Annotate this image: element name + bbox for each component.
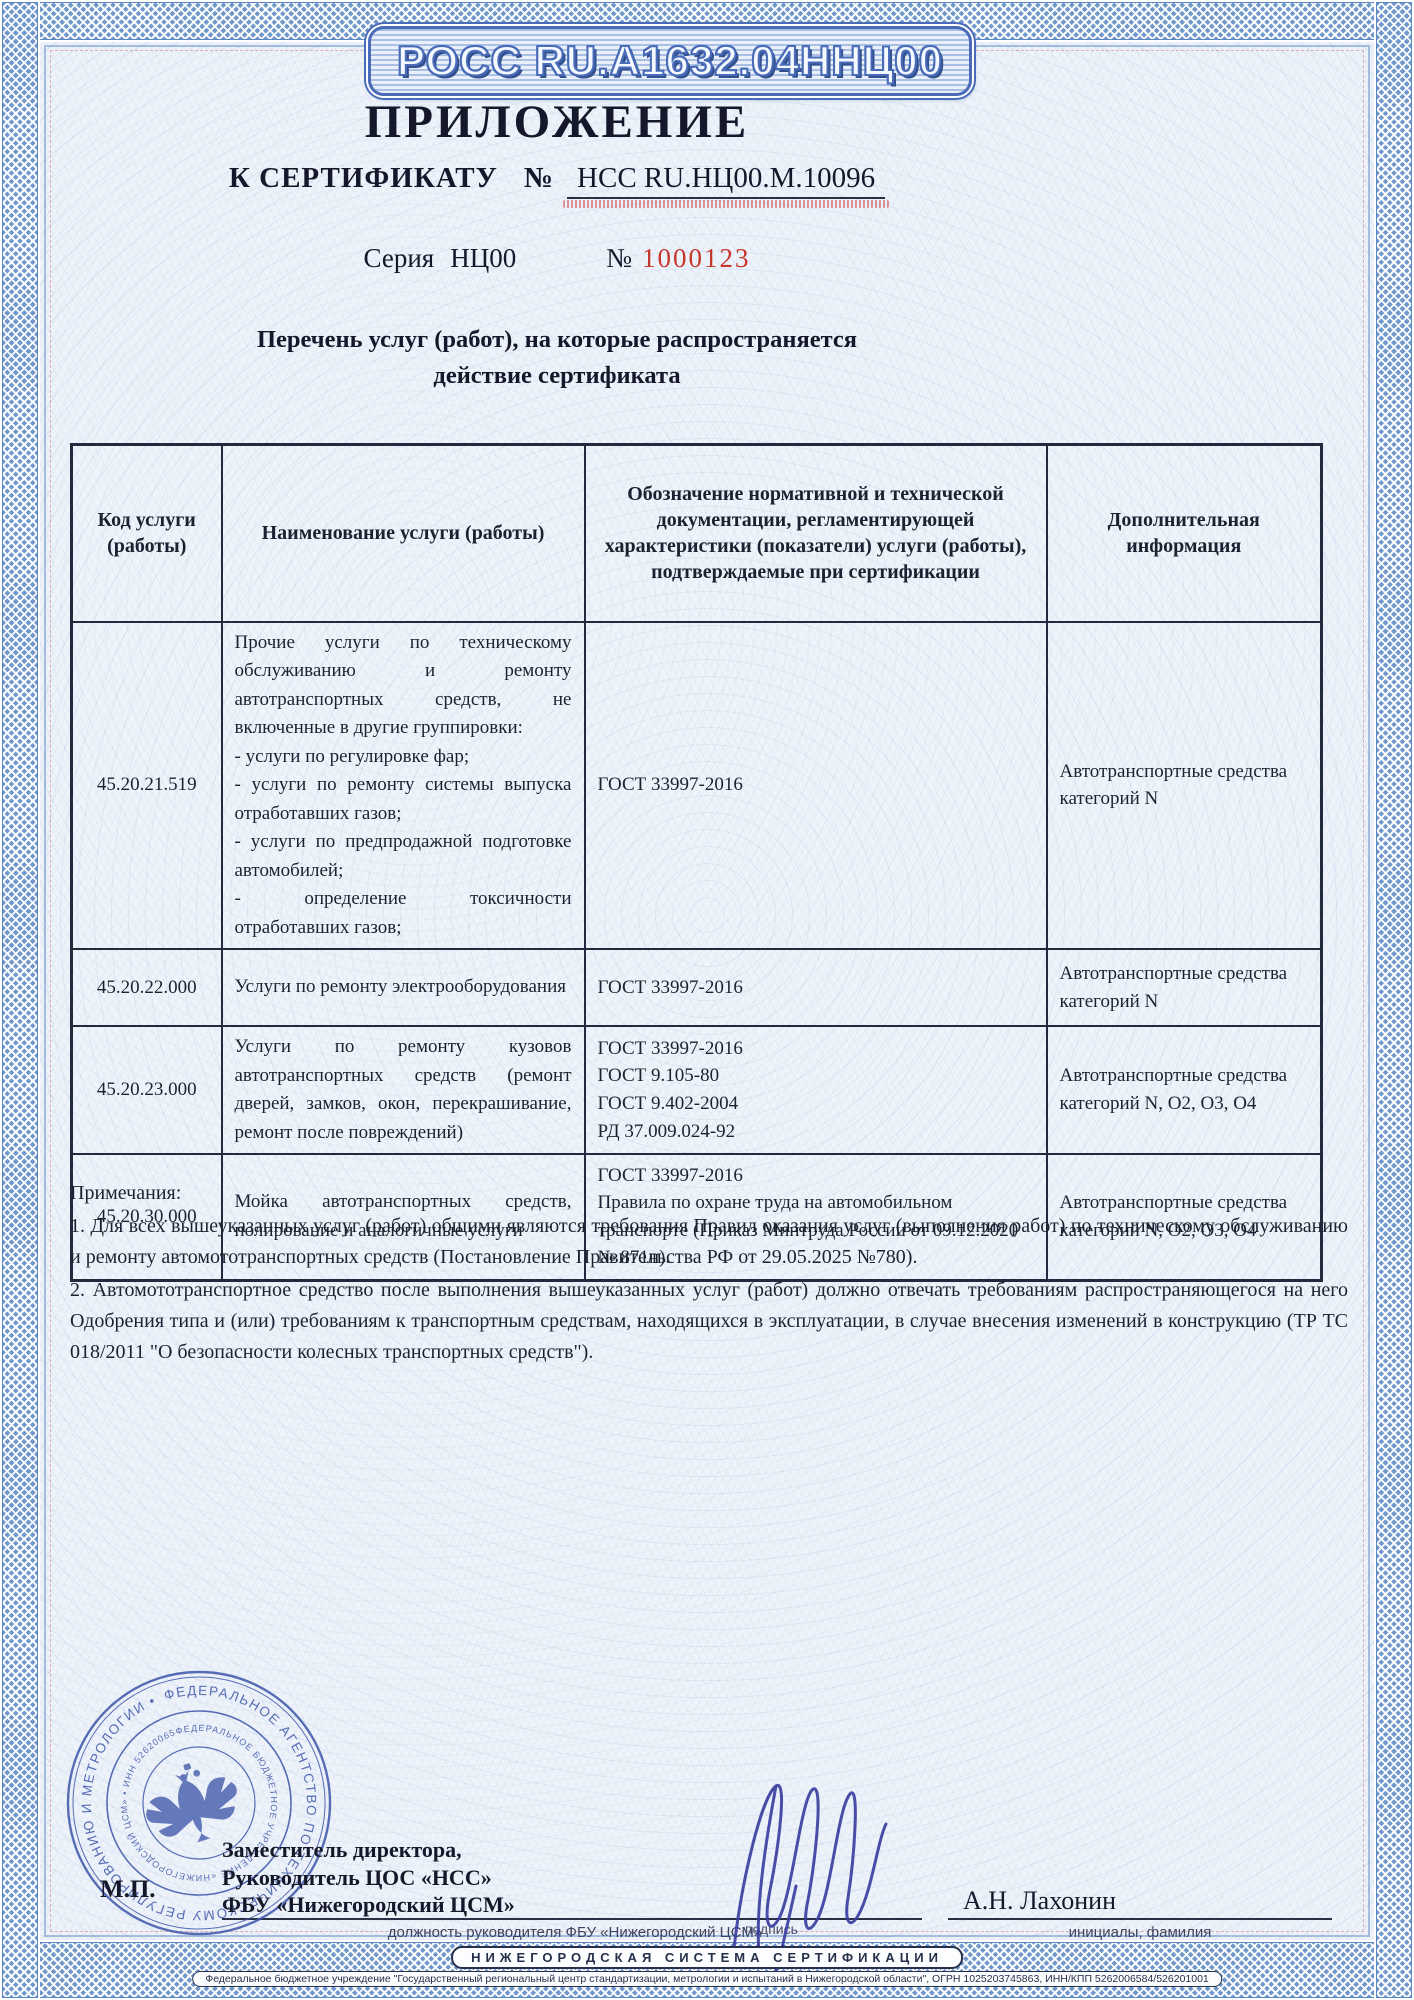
number-sign: № <box>524 162 553 194</box>
name-underline <box>948 1918 1332 1920</box>
signer-name: А.Н. Лахонин <box>963 1886 1116 1916</box>
docs-cell: ГОСТ 33997-2016 <box>585 949 1047 1026</box>
info-cell: Автотранспортные средства категорий N, О… <box>1047 1026 1322 1154</box>
series-value: НЦ00 <box>450 243 516 273</box>
certificate-label: К СЕРТИФИКАТУ <box>229 162 498 194</box>
name-caption: инициалы, фамилия <box>948 1924 1332 1941</box>
series-line: СерияНЦ00№1000123 <box>62 243 1052 274</box>
col-header-code: Код услуги (работы) <box>72 445 222 622</box>
table-row: 45.20.21.519 Прочие услуги по техническо… <box>72 622 1322 950</box>
name-cell: Услуги по ремонту кузовов автотранспортн… <box>222 1026 585 1154</box>
name-cell: Услуги по ремонту электрооборудования <box>222 949 585 1026</box>
name-cell: Прочие услуги по техническому обслуживан… <box>222 622 585 950</box>
notes-title: Примечания: <box>70 1178 1348 1209</box>
docs-cell: ГОСТ 33997-2016 ГОСТ 9.105-80 ГОСТ 9.402… <box>585 1026 1047 1154</box>
footer-org-info: Федеральное бюджетное учреждение "Госуда… <box>192 1971 1222 1987</box>
signature-scribble <box>700 1758 920 1973</box>
page-title: ПРИЛОЖЕНИЕ <box>62 95 1052 149</box>
code-cell: 45.20.23.000 <box>72 1026 222 1154</box>
series-label: Серия <box>364 243 435 273</box>
col-header-name: Наименование услуги (работы) <box>222 445 585 622</box>
guilloche-border-left <box>0 0 40 2000</box>
note-1: 1. Для всех вышеуказанных услуг (работ) … <box>70 1211 1348 1273</box>
certificate-appendix-page: РОСС RU.А1632.04ННЦ00 ПРИЛОЖЕНИЕ К СЕРТИ… <box>0 0 1414 2000</box>
blank-number-sign: № <box>606 243 632 273</box>
services-list-subtitle: Перечень услуг (работ), на которые распр… <box>207 322 907 393</box>
code-cell: 45.20.22.000 <box>72 949 222 1026</box>
table-header-row: Код услуги (работы) Наименование услуги … <box>72 445 1322 622</box>
table-row: 45.20.22.000 Услуги по ремонту электрооб… <box>72 949 1322 1026</box>
signer-title: Заместитель директора, Руководитель ЦОС … <box>222 1836 515 1919</box>
services-table: Код услуги (работы) Наименование услуги … <box>70 443 1323 1282</box>
certification-system-label: НИЖЕГОРОДСКАЯ СИСТЕМА СЕРТИФИКАЦИИ <box>451 1946 963 1969</box>
note-2: 2. Автомототранспортное средство после в… <box>70 1275 1348 1368</box>
certificate-number: НСС RU.НЦ00.М.10096 <box>567 162 885 199</box>
certificate-number-line: К СЕРТИФИКАТУ№НСС RU.НЦ00.М.10096 <box>62 162 1052 199</box>
table-row: 45.20.23.000 Услуги по ремонту кузовов а… <box>72 1026 1322 1154</box>
notes-section: Примечания: 1. Для всех вышеуказанных ус… <box>70 1178 1348 1370</box>
col-header-info: Дополнительная информация <box>1047 445 1322 622</box>
blank-number: 1000123 <box>642 243 751 273</box>
info-cell: Автотранспортные средства категорий N <box>1047 949 1322 1026</box>
docs-cell: ГОСТ 33997-2016 <box>585 622 1047 950</box>
info-cell: Автотранспортные средства категорий N <box>1047 622 1322 950</box>
registry-number-badge: РОСС RU.А1632.04ННЦ00 <box>368 26 972 96</box>
guilloche-border-right <box>1374 0 1414 2000</box>
code-cell: 45.20.21.519 <box>72 622 222 950</box>
red-microprint-band <box>563 200 889 208</box>
stamp-place-label: М.П. <box>100 1876 156 1904</box>
col-header-docs: Обозначение нормативной и технической до… <box>585 445 1047 622</box>
